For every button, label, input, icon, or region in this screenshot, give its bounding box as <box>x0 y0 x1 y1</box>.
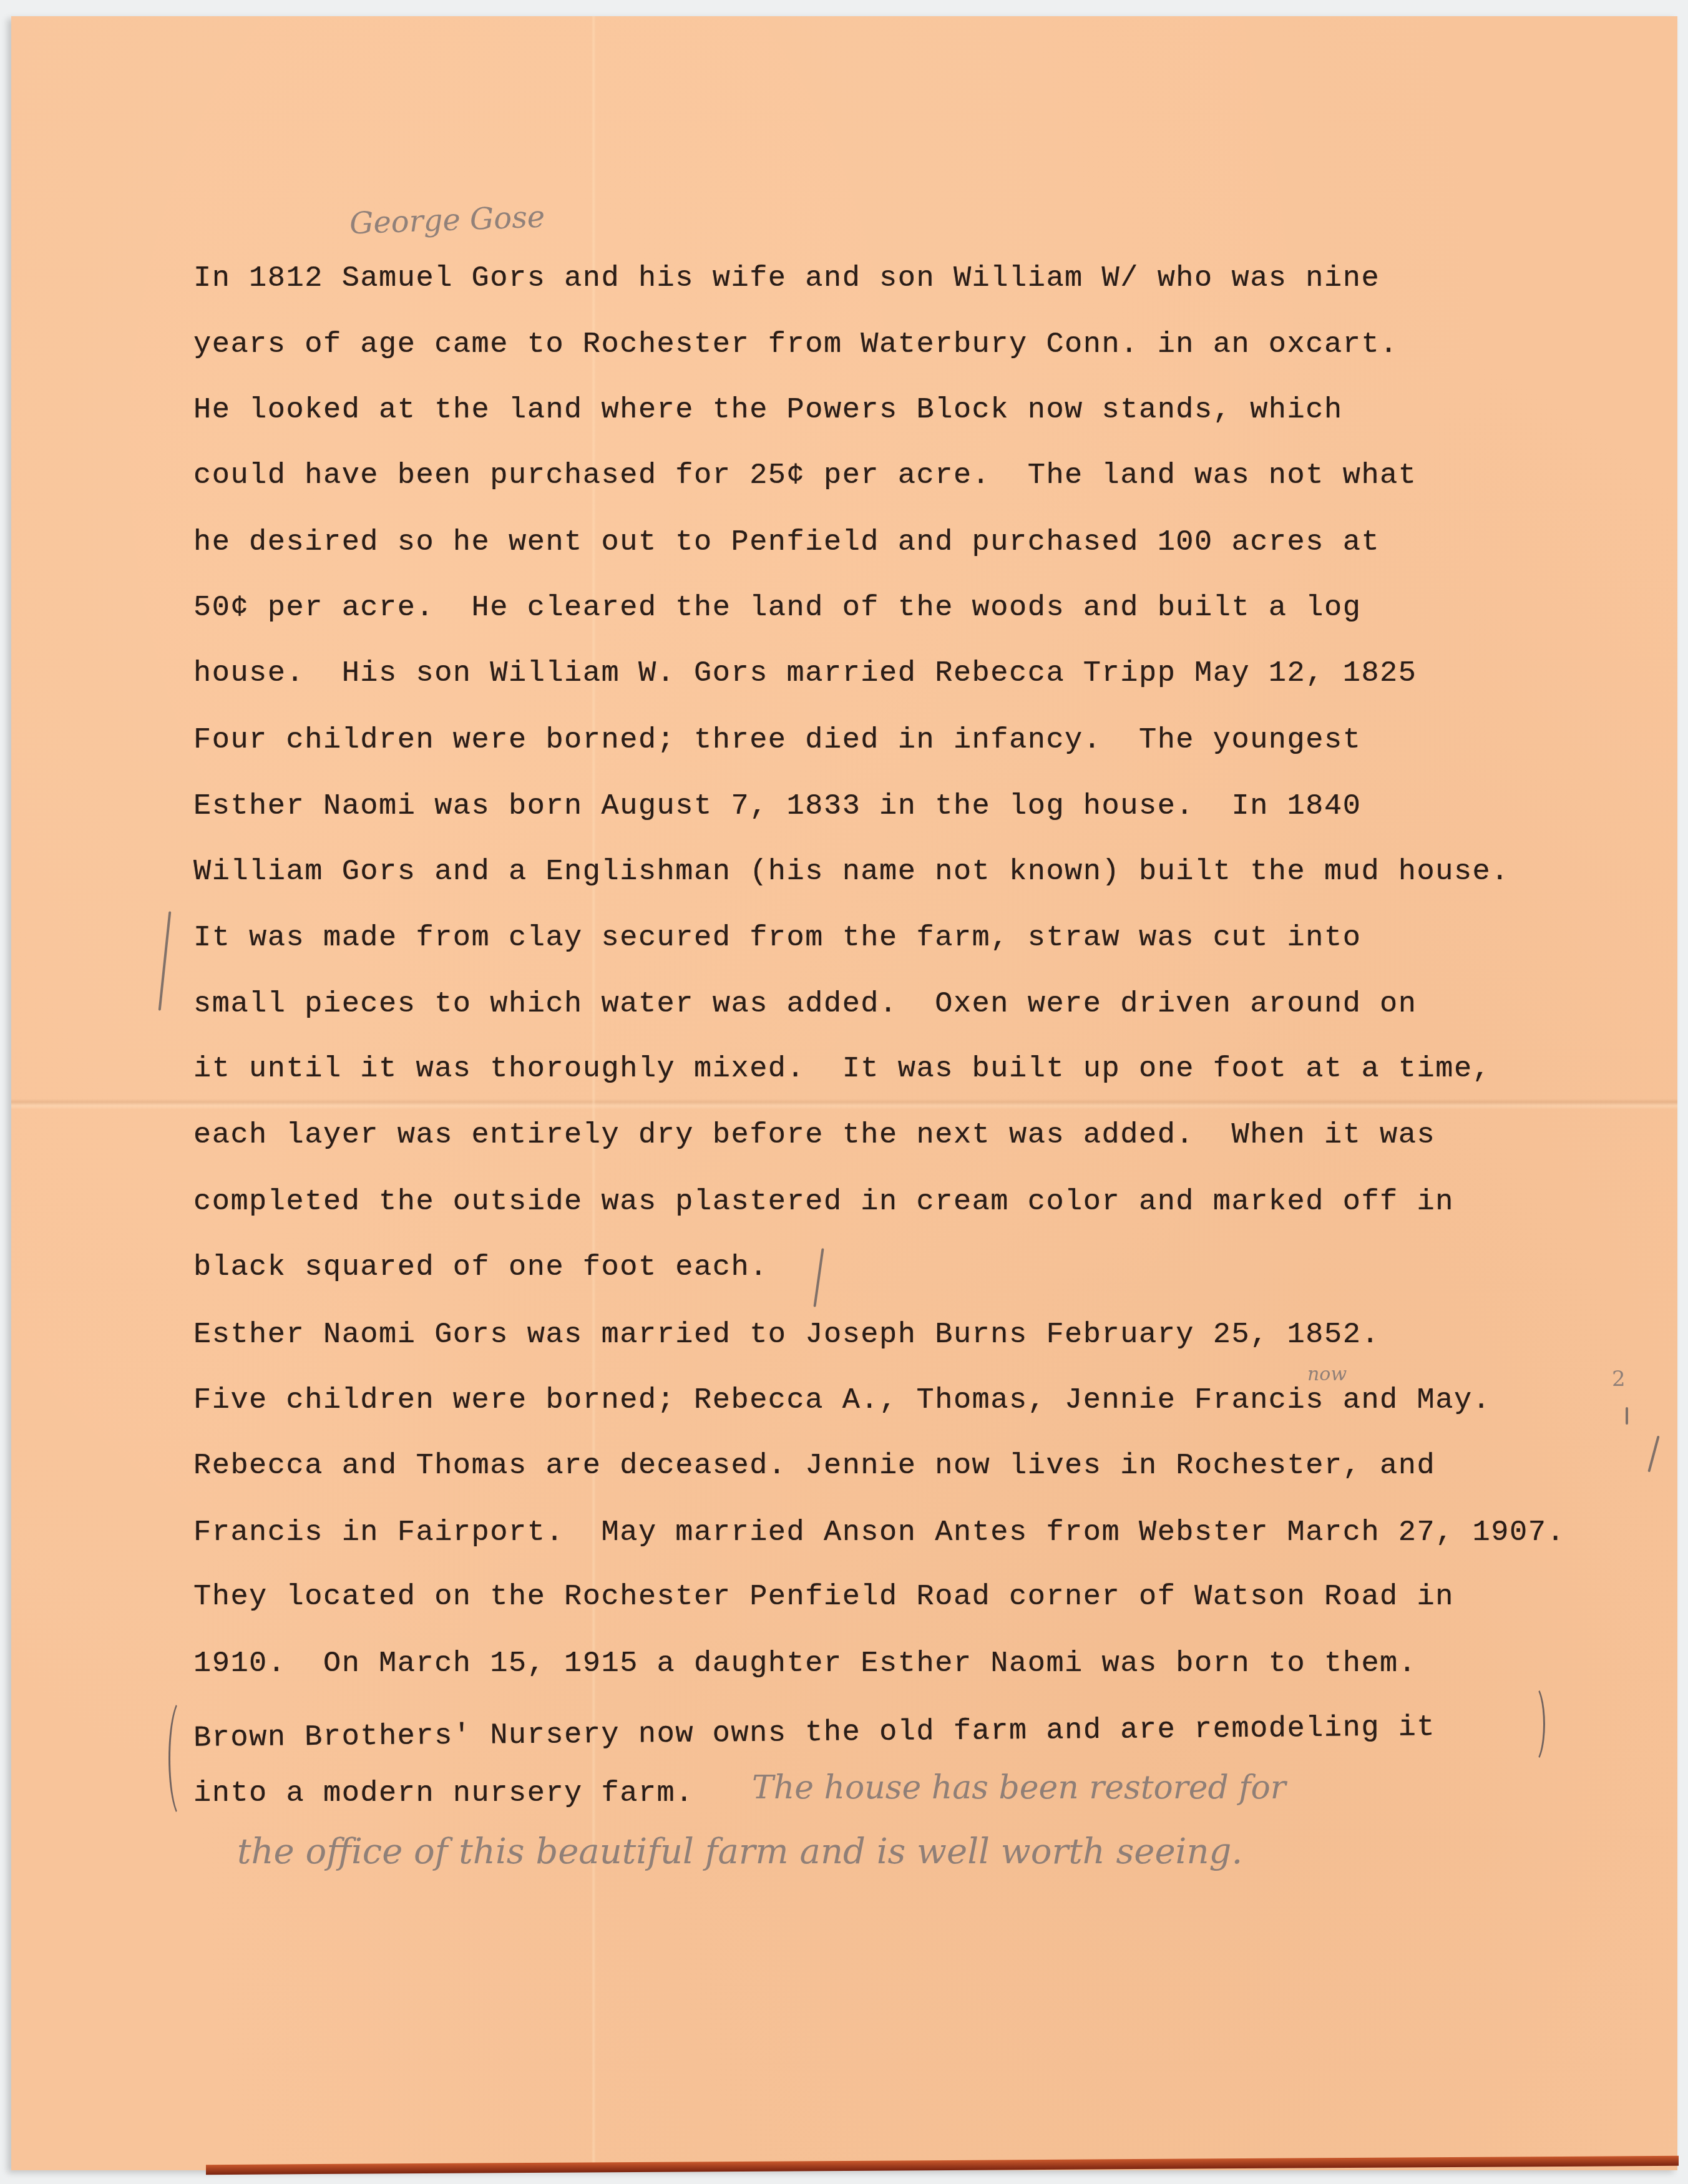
typed-line: 50¢ per acre. He cleared the land of the… <box>193 590 1361 627</box>
typed-line: Rebecca and Thomas are deceased. Jennie … <box>193 1448 1435 1485</box>
typed-line: years of age came to Rochester from Wate… <box>193 326 1398 364</box>
typed-line: 1910. On March 15, 1915 a daughter Esthe… <box>193 1645 1417 1683</box>
pencil-paren-right-nursery <box>1523 1685 1545 1763</box>
typed-line: house. His son William W. Gors married R… <box>193 655 1417 693</box>
typed-line: small pieces to which water was added. O… <box>193 986 1417 1023</box>
typed-line: black squared of one foot each. <box>193 1249 768 1287</box>
typed-line: completed the outside was plastered in c… <box>193 1184 1454 1221</box>
handwritten-margin-mark: 2 <box>1612 1367 1626 1392</box>
typed-line: each layer was entirely dry before the n… <box>193 1117 1435 1154</box>
margin-tick-mark <box>1626 1407 1628 1425</box>
typed-line: Five children were borned; Rebecca A., T… <box>193 1382 1491 1420</box>
typed-line: Francis in Fairport. May married Anson A… <box>193 1514 1565 1552</box>
typed-line: he desired so he went out to Penfield an… <box>193 524 1380 562</box>
handwritten-header: George Gose <box>349 200 545 241</box>
typed-line: It was made from clay secured from the f… <box>193 920 1361 957</box>
handwritten-insert-now: now <box>1307 1363 1347 1385</box>
typed-line: it until it was thoroughly mixed. It was… <box>193 1051 1491 1088</box>
typed-line: Four children were borned; three died in… <box>193 722 1361 759</box>
typed-line: into a modern nursery farm. <box>193 1775 694 1813</box>
typed-line: They located on the Rochester Penfield R… <box>193 1579 1454 1616</box>
typed-line: could have been purchased for 25¢ per ac… <box>193 457 1417 495</box>
typed-line: Esther Naomi was born August 7, 1833 in … <box>193 788 1361 826</box>
typed-line: He looked at the land where the Powers B… <box>193 392 1343 429</box>
typed-line: Esther Naomi Gors was married to Joseph … <box>193 1317 1380 1354</box>
handwritten-closing-note-line1: The house has been restored for <box>752 1769 1286 1806</box>
pencil-paren-left-nursery <box>168 1697 197 1820</box>
typed-line: William Gors and a Englishman (his name … <box>193 854 1510 891</box>
typed-line: In 1812 Samuel Gors and his wife and son… <box>193 260 1380 298</box>
handwritten-closing-note-line2: the office of this beautiful farm and is… <box>237 1831 1242 1872</box>
